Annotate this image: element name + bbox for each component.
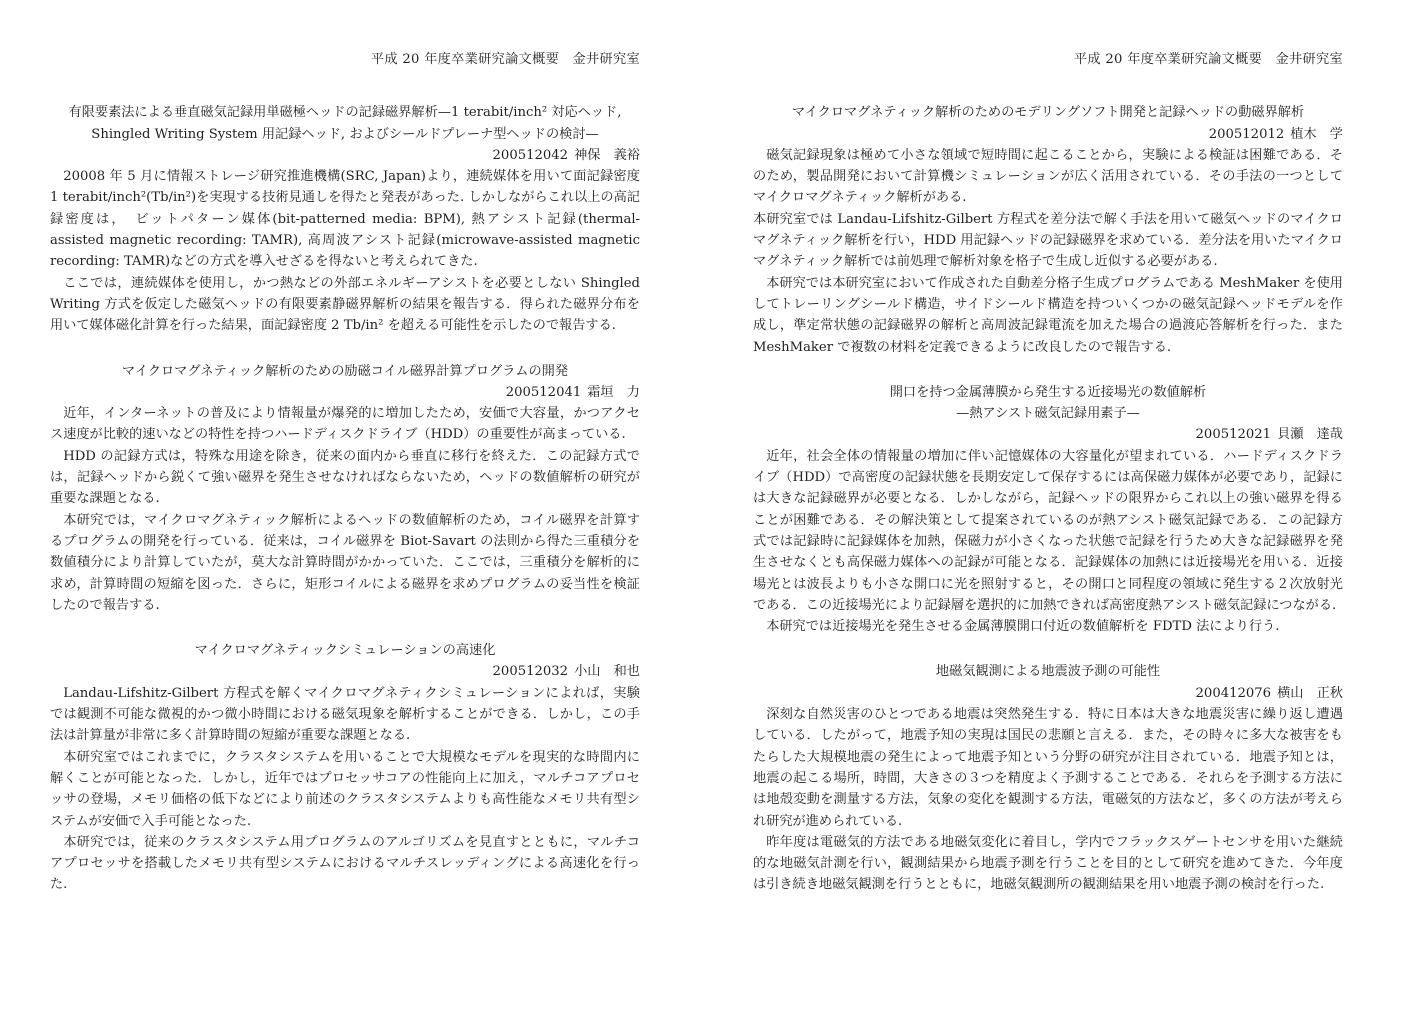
author-line: 200512012植木 学 [753,124,1343,145]
student-id: 200512021 [1196,427,1272,442]
paragraph: 本研究では，マイクロマグネティック解析によるヘッドの数値解析のため，コイル磁界を… [50,510,640,616]
abstract-body: Landau-Lifshitz-Gilbert 方程式を解くマイクロマグネティク… [50,683,640,896]
abstract-title: マイクロマグネティック解析のためのモデリングソフト開発と記録ヘッドの動磁界解析 [753,102,1343,123]
page-right: 平成 20 年度卒業研究論文概要 金井研究室 マイクロマグネティック解析のための… [753,0,1343,920]
paragraph: 深刻な自然災害のひとつである地震は突然発生する．特に日本は大きな地震災害に繰り返… [753,704,1343,832]
paragraph: 本研究では本研究室において作成された自動差分格子生成プログラムである MeshM… [753,273,1343,358]
page-left: 平成 20 年度卒業研究論文概要 金井研究室 有限要素法による垂直磁気記録用単磁… [50,0,640,920]
title-line: Shingled Writing System 用記録ヘッド, およびシールドプ… [50,124,640,145]
paragraph: 20008 年 5 月に情報ストレージ研究推進機構(SRC, Japan)より，… [50,166,640,272]
student-id: 200512032 [493,664,569,679]
abstract-body: 深刻な自然災害のひとつである地震は突然発生する．特に日本は大きな地震災害に繰り返… [753,704,1343,896]
abstract-title: 有限要素法による垂直磁気記録用単磁極ヘッドの記録磁界解析—1 terabit/i… [50,102,640,145]
abstract-title: 開口を持つ金属薄膜から発生する近接場光の数値解析 —熱アシスト磁気記録用素子— [753,382,1343,425]
abstract-body: 磁気記録現象は極めて小さな領域で短時間に起こることから，実験による検証は困難であ… [753,145,1343,358]
student-id: 200512042 [493,148,569,163]
abstract-body: 20008 年 5 月に情報ストレージ研究推進機構(SRC, Japan)より，… [50,166,640,336]
abstract-yokoyama: 地磁気観測による地震波予測の可能性 200412076横山 正秋 深刻な自然災害… [753,661,1343,895]
title-line: マイクロマグネティックシミュレーションの高速化 [50,640,640,661]
abstract-shimogaki: マイクロマグネティック解析のための励磁コイル磁界計算プログラムの開発 20051… [50,361,640,617]
title-line: マイクロマグネティック解析のためのモデリングソフト開発と記録ヘッドの動磁界解析 [753,102,1343,123]
paragraph: 近年，社会全体の情報量の増加に伴い記憶媒体の大容量化が望まれている．ハードディス… [753,446,1343,616]
author-name: 貝瀬 達哉 [1277,427,1343,442]
student-id: 200512041 [506,385,582,400]
title-line: —熱アシスト磁気記録用素子— [753,403,1343,424]
abstract-body: 近年，インターネットの普及により情報量が爆発的に増加したため，安価で大容量，かつ… [50,403,640,616]
author-name: 小山 和也 [574,664,640,679]
running-header: 平成 20 年度卒業研究論文概要 金井研究室 [753,49,1343,70]
paragraph: 本研究室ではこれまでに，クラスタシステムを用いることで大規模なモデルを現実的な時… [50,747,640,832]
author-line: 200412076横山 正秋 [753,683,1343,704]
paragraph: 本研究室では Landau-Lifshitz-Gilbert 方程式を差分法で解… [753,209,1343,273]
author-line: 200512021貝瀬 達哉 [753,424,1343,445]
abstract-title: マイクロマグネティック解析のための励磁コイル磁界計算プログラムの開発 [50,361,640,382]
author-line: 200512041霜垣 力 [50,382,640,403]
student-id: 200412076 [1196,686,1272,701]
abstract-body: 近年，社会全体の情報量の増加に伴い記憶媒体の大容量化が望まれている．ハードディス… [753,446,1343,638]
title-line: マイクロマグネティック解析のための励磁コイル磁界計算プログラムの開発 [50,361,640,382]
title-line: 有限要素法による垂直磁気記録用単磁極ヘッドの記録磁界解析—1 terabit/i… [50,102,640,123]
paragraph: 本研究では近接場光を発生させる金属薄膜開口付近の数値解析を FDTD 法により行… [753,616,1343,637]
author-name: 植木 学 [1290,127,1343,142]
abstract-kaise: 開口を持つ金属薄膜から発生する近接場光の数値解析 —熱アシスト磁気記録用素子— … [753,382,1343,638]
abstract-title: マイクロマグネティックシミュレーションの高速化 [50,640,640,661]
paragraph: 本研究では，従来のクラスタシステム用プログラムのアルゴリズムを見直すとともに，マ… [50,832,640,896]
author-line: 200512032小山 和也 [50,661,640,682]
abstract-title: 地磁気観測による地震波予測の可能性 [753,661,1343,682]
author-line: 200512042神保 義裕 [50,145,640,166]
paragraph: 昨年度は電磁気的方法である地磁気変化に着目し，学内でフラックスゲートセンサを用い… [753,832,1343,896]
paragraph: 磁気記録現象は極めて小さな領域で短時間に起こることから，実験による検証は困難であ… [753,145,1343,209]
paragraph: HDD の記録方式は，特殊な用途を除き，従来の面内から垂直に移行を終えた．この記… [50,446,640,510]
author-name: 霜垣 力 [587,385,640,400]
author-name: 横山 正秋 [1277,686,1343,701]
running-header: 平成 20 年度卒業研究論文概要 金井研究室 [50,49,640,70]
abstract-jimbo: 有限要素法による垂直磁気記録用単磁極ヘッドの記録磁界解析—1 terabit/i… [50,102,640,336]
title-line: 地磁気観測による地震波予測の可能性 [753,661,1343,682]
author-name: 神保 義裕 [574,148,640,163]
abstract-koyama: マイクロマグネティックシミュレーションの高速化 200512032小山 和也 L… [50,640,640,896]
title-line: 開口を持つ金属薄膜から発生する近接場光の数値解析 [753,382,1343,403]
paragraph: Landau-Lifshitz-Gilbert 方程式を解くマイクロマグネティク… [50,683,640,747]
paragraph: ここでは，連続媒体を使用し，かつ熱などの外部エネルギーアシストを必要としない S… [50,273,640,337]
abstract-ueki: マイクロマグネティック解析のためのモデリングソフト開発と記録ヘッドの動磁界解析 … [753,102,1343,358]
paragraph: 近年，インターネットの普及により情報量が爆発的に増加したため，安価で大容量，かつ… [50,403,640,446]
student-id: 200512012 [1209,127,1285,142]
